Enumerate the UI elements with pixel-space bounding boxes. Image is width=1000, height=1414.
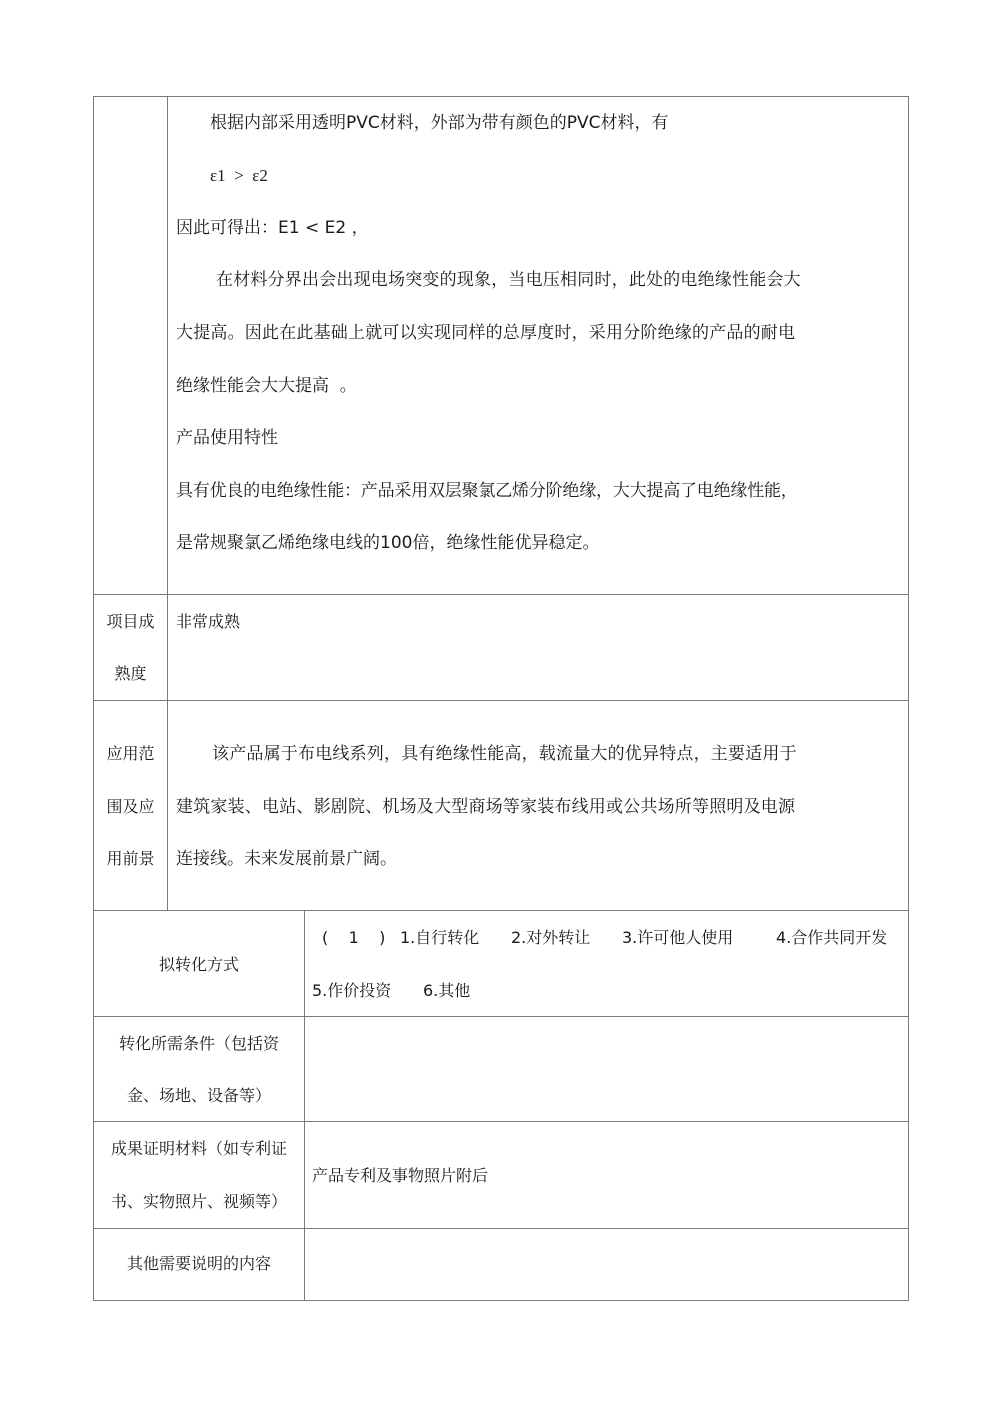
proof-value[interactable]: 产品专利及事物照片附后 — [312, 1166, 488, 1186]
application-line: 连接线。未来发展前景广阔。 — [176, 849, 397, 869]
selected-option-bracket[interactable]: ( 1 ) — [322, 928, 385, 948]
paragraph-line: 因此可得出：E1 < E2 ， — [176, 218, 369, 238]
paragraph-line: 根据内部采用透明PVC材料，外部为带有颜色的PVC材料，有 — [210, 113, 669, 133]
application-label-line: 应用范 — [94, 744, 167, 764]
row-divider — [93, 910, 909, 911]
row-divider — [93, 1016, 909, 1017]
option-joint-development[interactable]: 4.合作共同开发 — [776, 928, 887, 948]
option-investment[interactable]: 5.作价投资 — [312, 981, 391, 1001]
row-divider — [93, 700, 909, 701]
column-divider-upper — [167, 96, 168, 910]
maturity-label-line: 熟度 — [94, 664, 167, 684]
paragraph-line: 绝缘性能会大大提高 。 — [176, 376, 357, 396]
option-external-transfer[interactable]: 2.对外转让 — [511, 928, 590, 948]
document-page: 根据内部采用透明PVC材料，外部为带有颜色的PVC材料，有 ε1 > ε2 因此… — [0, 0, 1000, 1414]
formula-epsilon: ε1 > ε2 — [210, 166, 268, 186]
other-label: 其他需要说明的内容 — [94, 1254, 304, 1274]
conditions-label-line: 金、场地、设备等） — [94, 1086, 304, 1106]
row-divider — [93, 1228, 909, 1229]
application-line: 该产品属于布电线系列，具有绝缘性能高，载流量大的优异特点，主要适用于 — [212, 744, 797, 764]
proof-label-line: 成果证明材料（如专利证 — [94, 1139, 304, 1159]
paragraph-line: 是常规聚氯乙烯绝缘电线的100倍，绝缘性能优异稳定。 — [176, 533, 599, 553]
option-other[interactable]: 6.其他 — [423, 981, 470, 1001]
paragraph-line: 大提高。因此在此基础上就可以实现同样的总厚度时，采用分阶绝缘的产品的耐电 — [176, 323, 795, 343]
conditions-label-line: 转化所需条件（包括资 — [94, 1034, 304, 1054]
subheading: 产品使用特性 — [176, 428, 278, 448]
table-border-bottom — [93, 1300, 909, 1301]
paragraph-line: 具有优良的电绝缘性能：产品采用双层聚氯乙烯分阶绝缘，大大提高了电绝缘性能， — [176, 481, 798, 501]
proof-label-line: 书、实物照片、视频等） — [94, 1192, 304, 1212]
paragraph-line: 在材料分界出会出现电场突变的现象，当电压相同时，此处的电绝缘性能会大 — [216, 270, 801, 290]
transfer-method-label: 拟转化方式 — [94, 955, 304, 975]
table-border-left — [93, 96, 94, 1301]
application-line: 建筑家装、电站、影剧院、机场及大型商场等家装布线用或公共场所等照明及电源 — [176, 797, 795, 817]
row-divider — [93, 594, 909, 595]
table-border-right — [908, 96, 909, 1301]
application-label-line: 用前景 — [94, 849, 167, 869]
maturity-value: 非常成熟 — [176, 612, 240, 632]
option-license[interactable]: 3.许可他人使用 — [622, 928, 733, 948]
maturity-label-line: 项目成 — [94, 612, 167, 632]
application-label-line: 围及应 — [94, 797, 167, 817]
option-self-transform[interactable]: 1.自行转化 — [400, 928, 479, 948]
table-border-top — [93, 96, 909, 97]
row-divider — [93, 1121, 909, 1122]
column-divider-lower — [304, 910, 305, 1300]
